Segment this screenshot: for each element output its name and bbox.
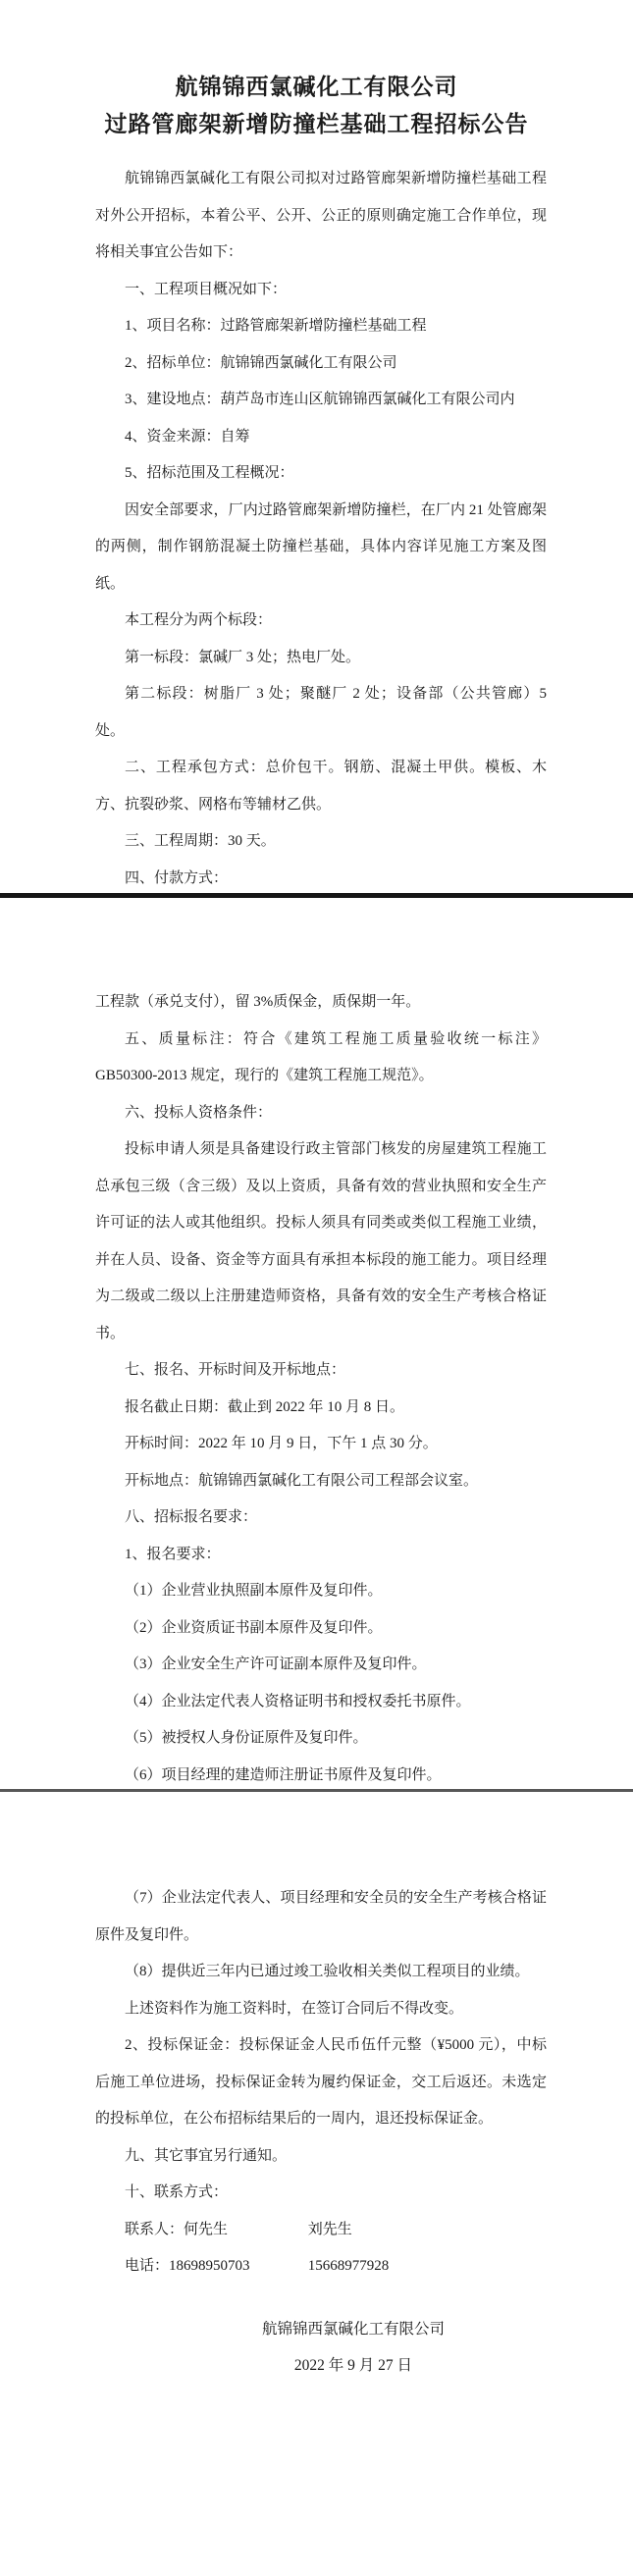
item-3-construction-site: 3、建设地点：葫芦岛市连山区航锦锦西氯碱化工有限公司内 <box>95 382 547 419</box>
heading-signup-requirements: 1、报名要求： <box>95 1537 547 1574</box>
item-doc-1-business-license: （1）企业营业执照副本原件及复印件。 <box>95 1573 547 1610</box>
heading-section-2-contracting: 二、工程承包方式：总价包干。钢筋、混凝土甲供。模板、木方、抗裂砂浆、网格布等辅材… <box>95 750 547 823</box>
heading-section-7-schedule: 七、报名、开标时间及开标地点： <box>95 1352 547 1390</box>
item-doc-6-builder-cert: （6）项目经理的建造师注册证书原件及复印件。 <box>95 1758 547 1790</box>
document-page-2: 工程款（承兑支付），留 3%质保金，质保期一年。 五、质量标注：符合《建筑工程施… <box>0 898 633 1789</box>
doc-title-line-1: 航锦锦西氯碱化工有限公司 <box>0 69 633 106</box>
item-2-tender-unit: 2、招标单位：航锦锦西氯碱化工有限公司 <box>95 345 547 383</box>
document-page-1: 航锦锦西氯碱化工有限公司 过路管廊架新增防撞栏基础工程招标公告 航锦锦西氯碱化工… <box>0 0 633 893</box>
para-payment-end: 工程款（承兑支付），留 3%质保金，质保期一年。 <box>95 984 547 1022</box>
para-scope-detail: 因安全部要求，厂内过路管廊架新增防撞栏，在厂内 21 处管廊架的两侧，制作钢筋混… <box>95 493 547 604</box>
item-doc-8-past-projects: （8）提供近三年内已通过竣工验收相关类似工程项目的业绩。 <box>95 1954 547 1991</box>
signature-block: 航锦锦西氯碱化工有限公司 2022 年 9 月 27 日 <box>0 2311 633 2385</box>
footer-company-name: 航锦锦西氯碱化工有限公司 <box>74 2311 633 2348</box>
para-signup-deadline: 报名截止日期：截止到 2022 年 10 月 8 日。 <box>95 1390 547 1427</box>
heading-section-6-qualification: 六、投标人资格条件： <box>95 1095 547 1132</box>
item-doc-2-qualification-cert: （2）企业资质证书副本原件及复印件。 <box>95 1610 547 1648</box>
heading-section-5-quality: 五、质量标注：符合《建筑工程施工质量验收统一标注》GB50300-2013 规定… <box>95 1022 547 1095</box>
para-bid-opening-time: 开标时间：2022 年 10 月 9 日，下午 1 点 30 分。 <box>95 1426 547 1463</box>
page-3-body: （7）企业法定代表人、项目经理和安全员的安全生产考核合格证原件及复印件。 （8）… <box>95 1880 547 2286</box>
heading-section-3-duration: 三、工程周期：30 天。 <box>95 823 547 861</box>
doc-title-line-2: 过路管廊架新增防撞栏基础工程招标公告 <box>0 106 633 143</box>
heading-section-1-overview: 一、工程项目概况如下： <box>95 272 547 309</box>
para-qualification-detail: 投标申请人须是具备建设行政主管部门核发的房屋建筑工程施工总承包三级（含三级）及以… <box>95 1131 547 1352</box>
heading-section-10-contact: 十、联系方式： <box>95 2175 547 2212</box>
para-bid-deposit: 2、投标保证金：投标保证金人民币伍仟元整（¥5000 元），中标后施工单位进场，… <box>95 2027 547 2138</box>
para-section-one: 第一标段：氯碱厂 3 处；热电厂处。 <box>95 640 547 677</box>
para-two-sections: 本工程分为两个标段： <box>95 603 547 640</box>
item-4-funding-source: 4、资金来源：自筹 <box>95 419 547 456</box>
item-doc-7-safety-assessment: （7）企业法定代表人、项目经理和安全员的安全生产考核合格证原件及复印件。 <box>95 1880 547 1954</box>
heading-section-9-other: 九、其它事宜另行通知。 <box>95 2138 547 2176</box>
row-contact-phones: 电话：18698950703 15668977928 <box>95 2248 547 2286</box>
item-5-scope-heading: 5、招标范围及工程概况： <box>95 455 547 493</box>
item-doc-4-legal-rep-cert: （4）企业法定代表人资格证明书和授权委托书原件。 <box>95 1684 547 1721</box>
footer-date: 2022 年 9 月 27 日 <box>74 2347 633 2385</box>
para-intro: 航锦锦西氯碱化工有限公司拟对过路管廊架新增防撞栏基础工程对外公开招标，本着公平、… <box>95 161 547 272</box>
para-bid-opening-place: 开标地点：航锦锦西氯碱化工有限公司工程部会议室。 <box>95 1463 547 1500</box>
contact-person-1: 联系人：何先生 <box>125 2212 304 2249</box>
para-materials-note: 上述资料作为施工资料时，在签订合同后不得改变。 <box>95 1991 547 2028</box>
row-contact-persons: 联系人：何先生 刘先生 <box>95 2212 547 2249</box>
heading-section-4-payment: 四、付款方式： <box>95 861 547 894</box>
para-section-two: 第二标段：树脂厂 3 处；聚醚厂 2 处；设备部（公共管廊）5 处。 <box>95 676 547 750</box>
item-doc-3-safety-permit: （3）企业安全生产许可证副本原件及复印件。 <box>95 1647 547 1684</box>
item-doc-5-authorized-id: （5）被授权人身份证原件及复印件。 <box>95 1720 547 1758</box>
contact-phone-2: 15668977928 <box>308 2258 390 2274</box>
item-1-project-name: 1、项目名称：过路管廊架新增防撞栏基础工程 <box>95 308 547 345</box>
heading-section-8-signup: 八、招标报名要求： <box>95 1499 547 1537</box>
page-2-body: 工程款（承兑支付），留 3%质保金，质保期一年。 五、质量标注：符合《建筑工程施… <box>95 984 547 1789</box>
bid-announcement-document: 航锦锦西氯碱化工有限公司 过路管廊架新增防撞栏基础工程招标公告 航锦锦西氯碱化工… <box>0 0 633 2576</box>
contact-person-2: 刘先生 <box>308 2222 352 2237</box>
document-page-3: （7）企业法定代表人、项目经理和安全员的安全生产考核合格证原件及复印件。 （8）… <box>0 1792 633 2576</box>
page-1-body: 航锦锦西氯碱化工有限公司拟对过路管廊架新增防撞栏基础工程对外公开招标，本着公平、… <box>95 161 547 893</box>
contact-phone-1: 电话：18698950703 <box>125 2248 304 2286</box>
